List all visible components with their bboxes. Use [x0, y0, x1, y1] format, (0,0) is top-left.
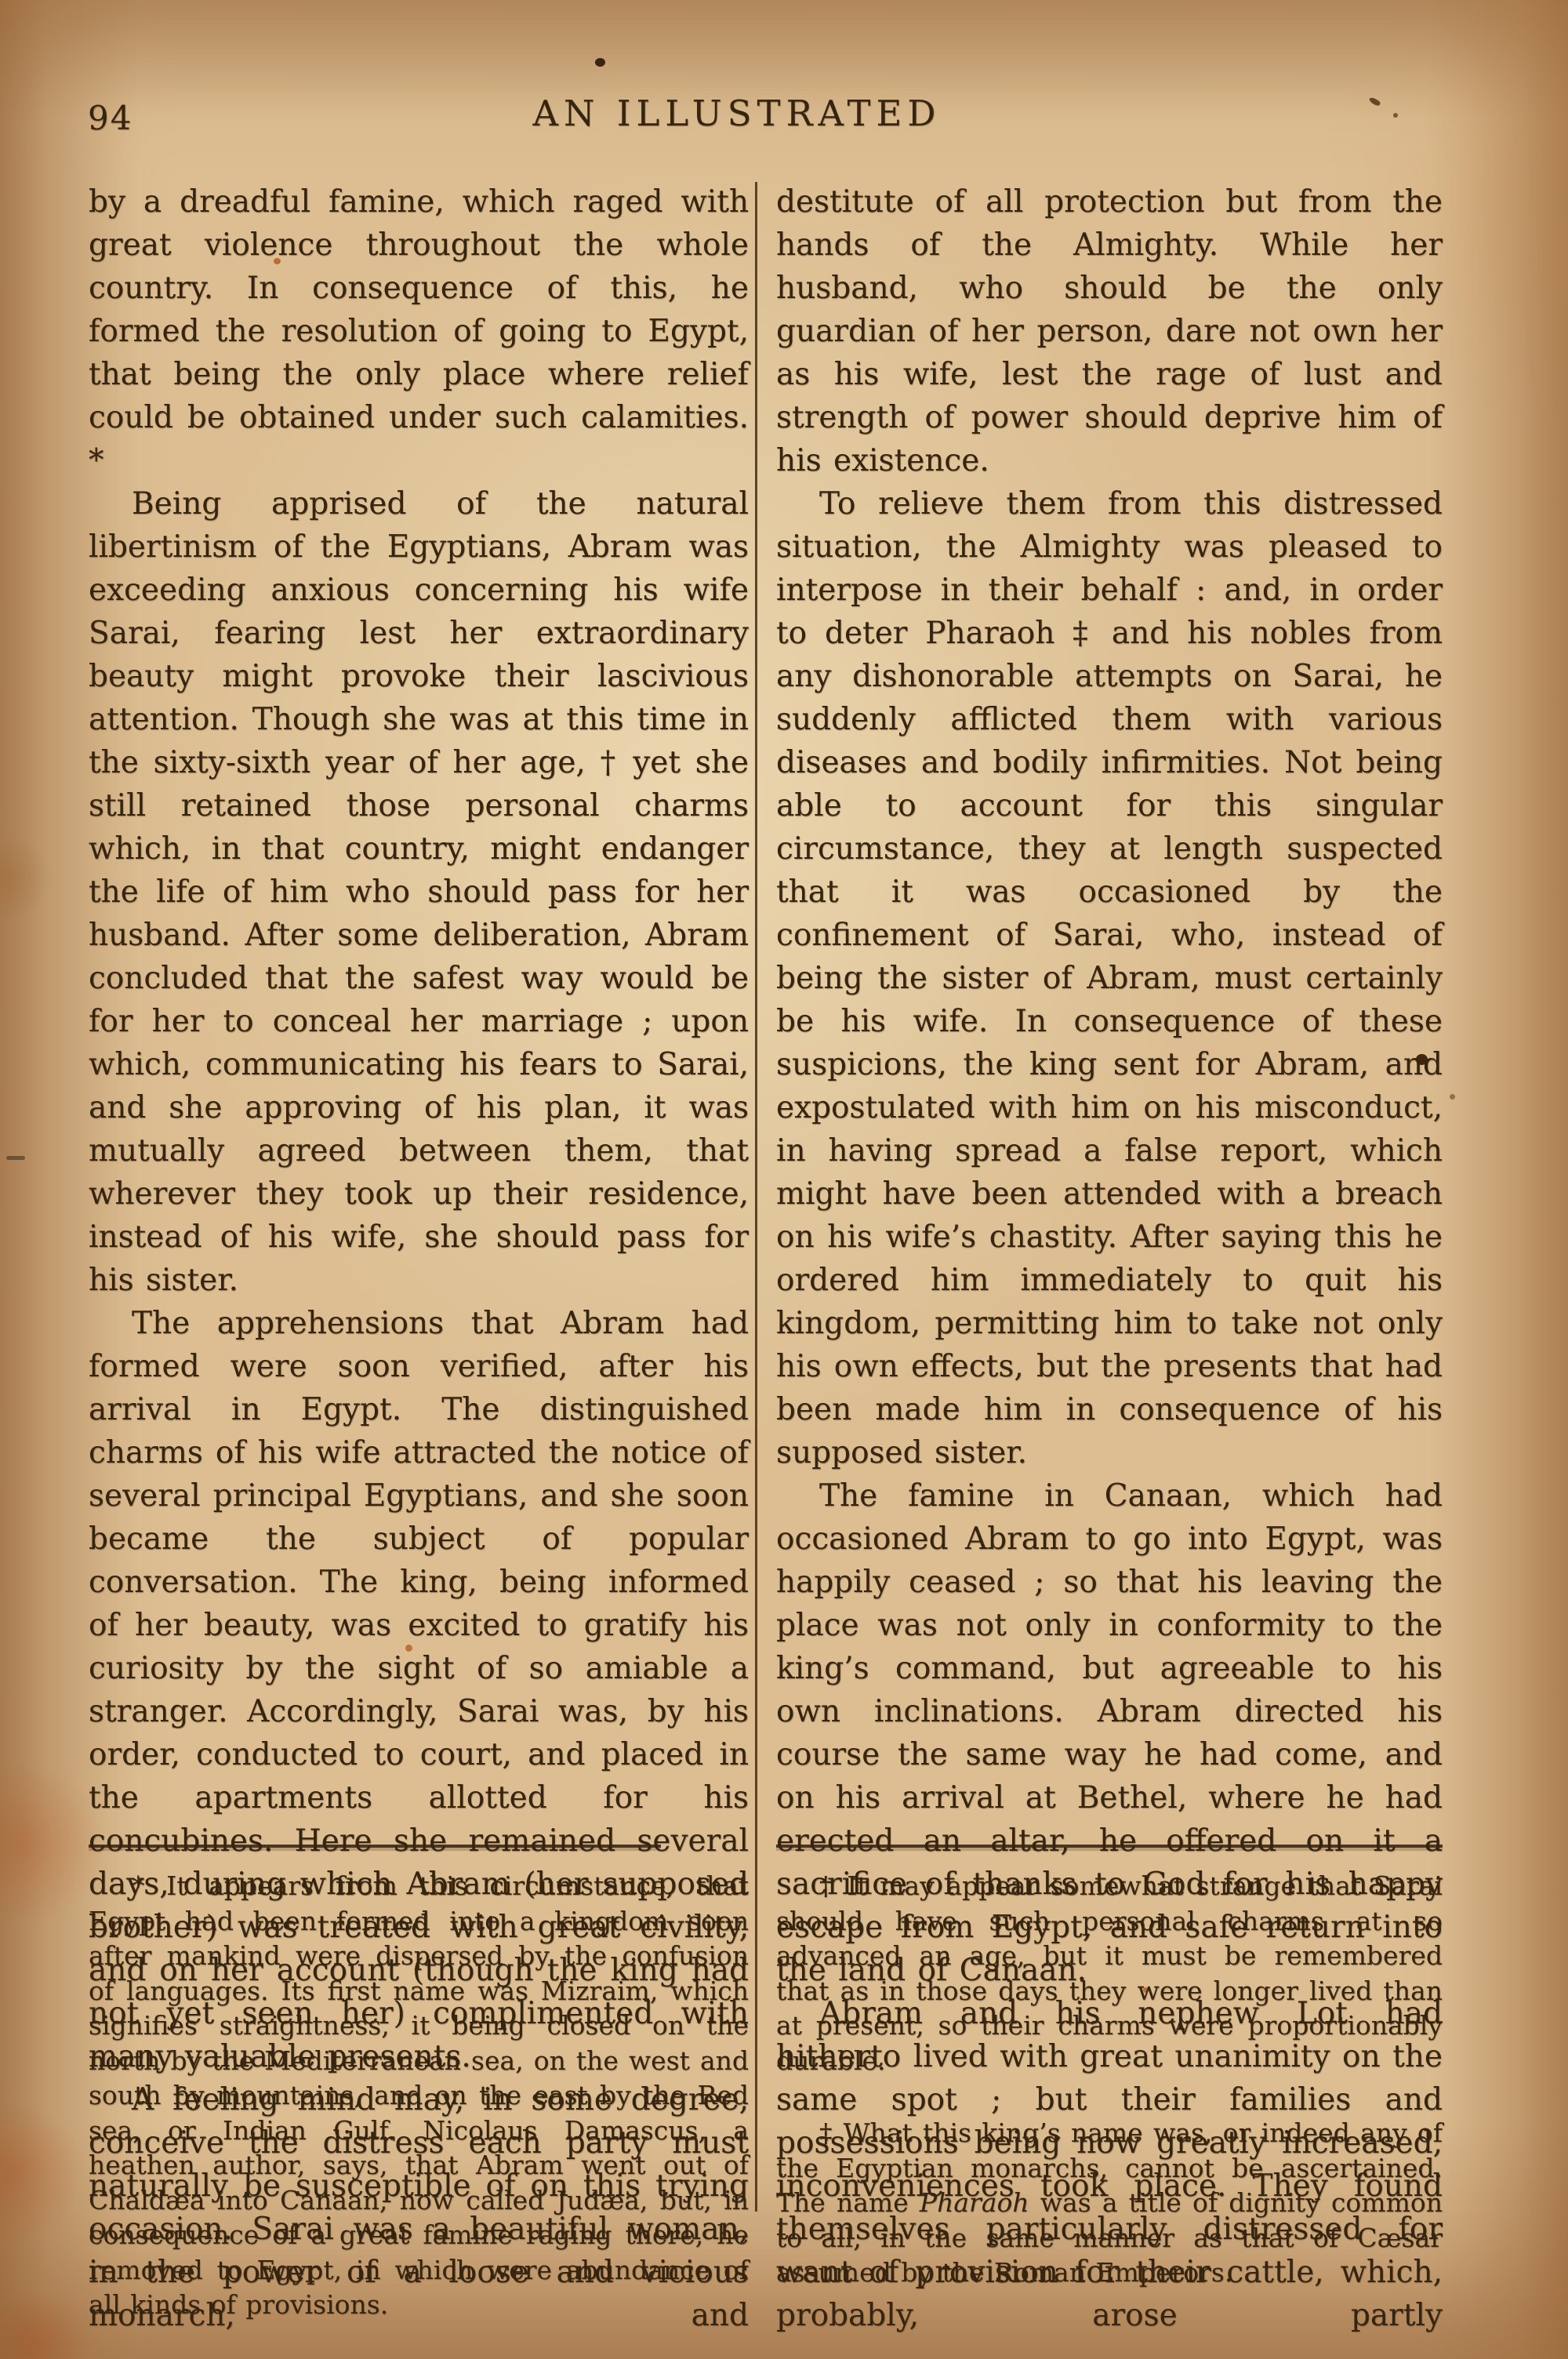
footnote: * It appears from this circumstance, tha… [89, 1869, 749, 2323]
paragraph: Being apprised of the natural libertinis… [89, 482, 749, 1302]
page-number: 94 [88, 99, 132, 137]
footnote: ‡ What this king’s name was, or indeed a… [776, 2116, 1443, 2291]
ink-speck [1393, 113, 1398, 118]
footnote-separator-rule [776, 1845, 1443, 1848]
footnote-italic-word: Pharaoh [920, 2187, 1029, 2218]
left-footnote-section: * It appears from this circumstance, tha… [89, 1845, 749, 2323]
book-page: 94 AN ILLUSTRATED by a dreadful famine, … [0, 0, 1568, 2359]
running-head: AN ILLUSTRATED [423, 93, 1051, 134]
paragraph: destitute of all protection but from the… [776, 180, 1443, 482]
ink-speck [6, 1156, 25, 1160]
column-divider [755, 182, 757, 2212]
paragraph: To relieve them from this distressed sit… [776, 482, 1443, 1474]
right-footnote-section: † It may appear somewhat strange that Sa… [776, 1845, 1443, 2291]
ink-speck [595, 58, 605, 67]
ink-speck [1450, 1094, 1455, 1100]
footnote-separator-rule [89, 1845, 661, 1848]
footnote: † It may appear somewhat strange that Sa… [776, 1869, 1443, 2078]
paragraph: by a dreadful famine, which raged with g… [89, 180, 749, 482]
ink-speck [1368, 96, 1381, 107]
